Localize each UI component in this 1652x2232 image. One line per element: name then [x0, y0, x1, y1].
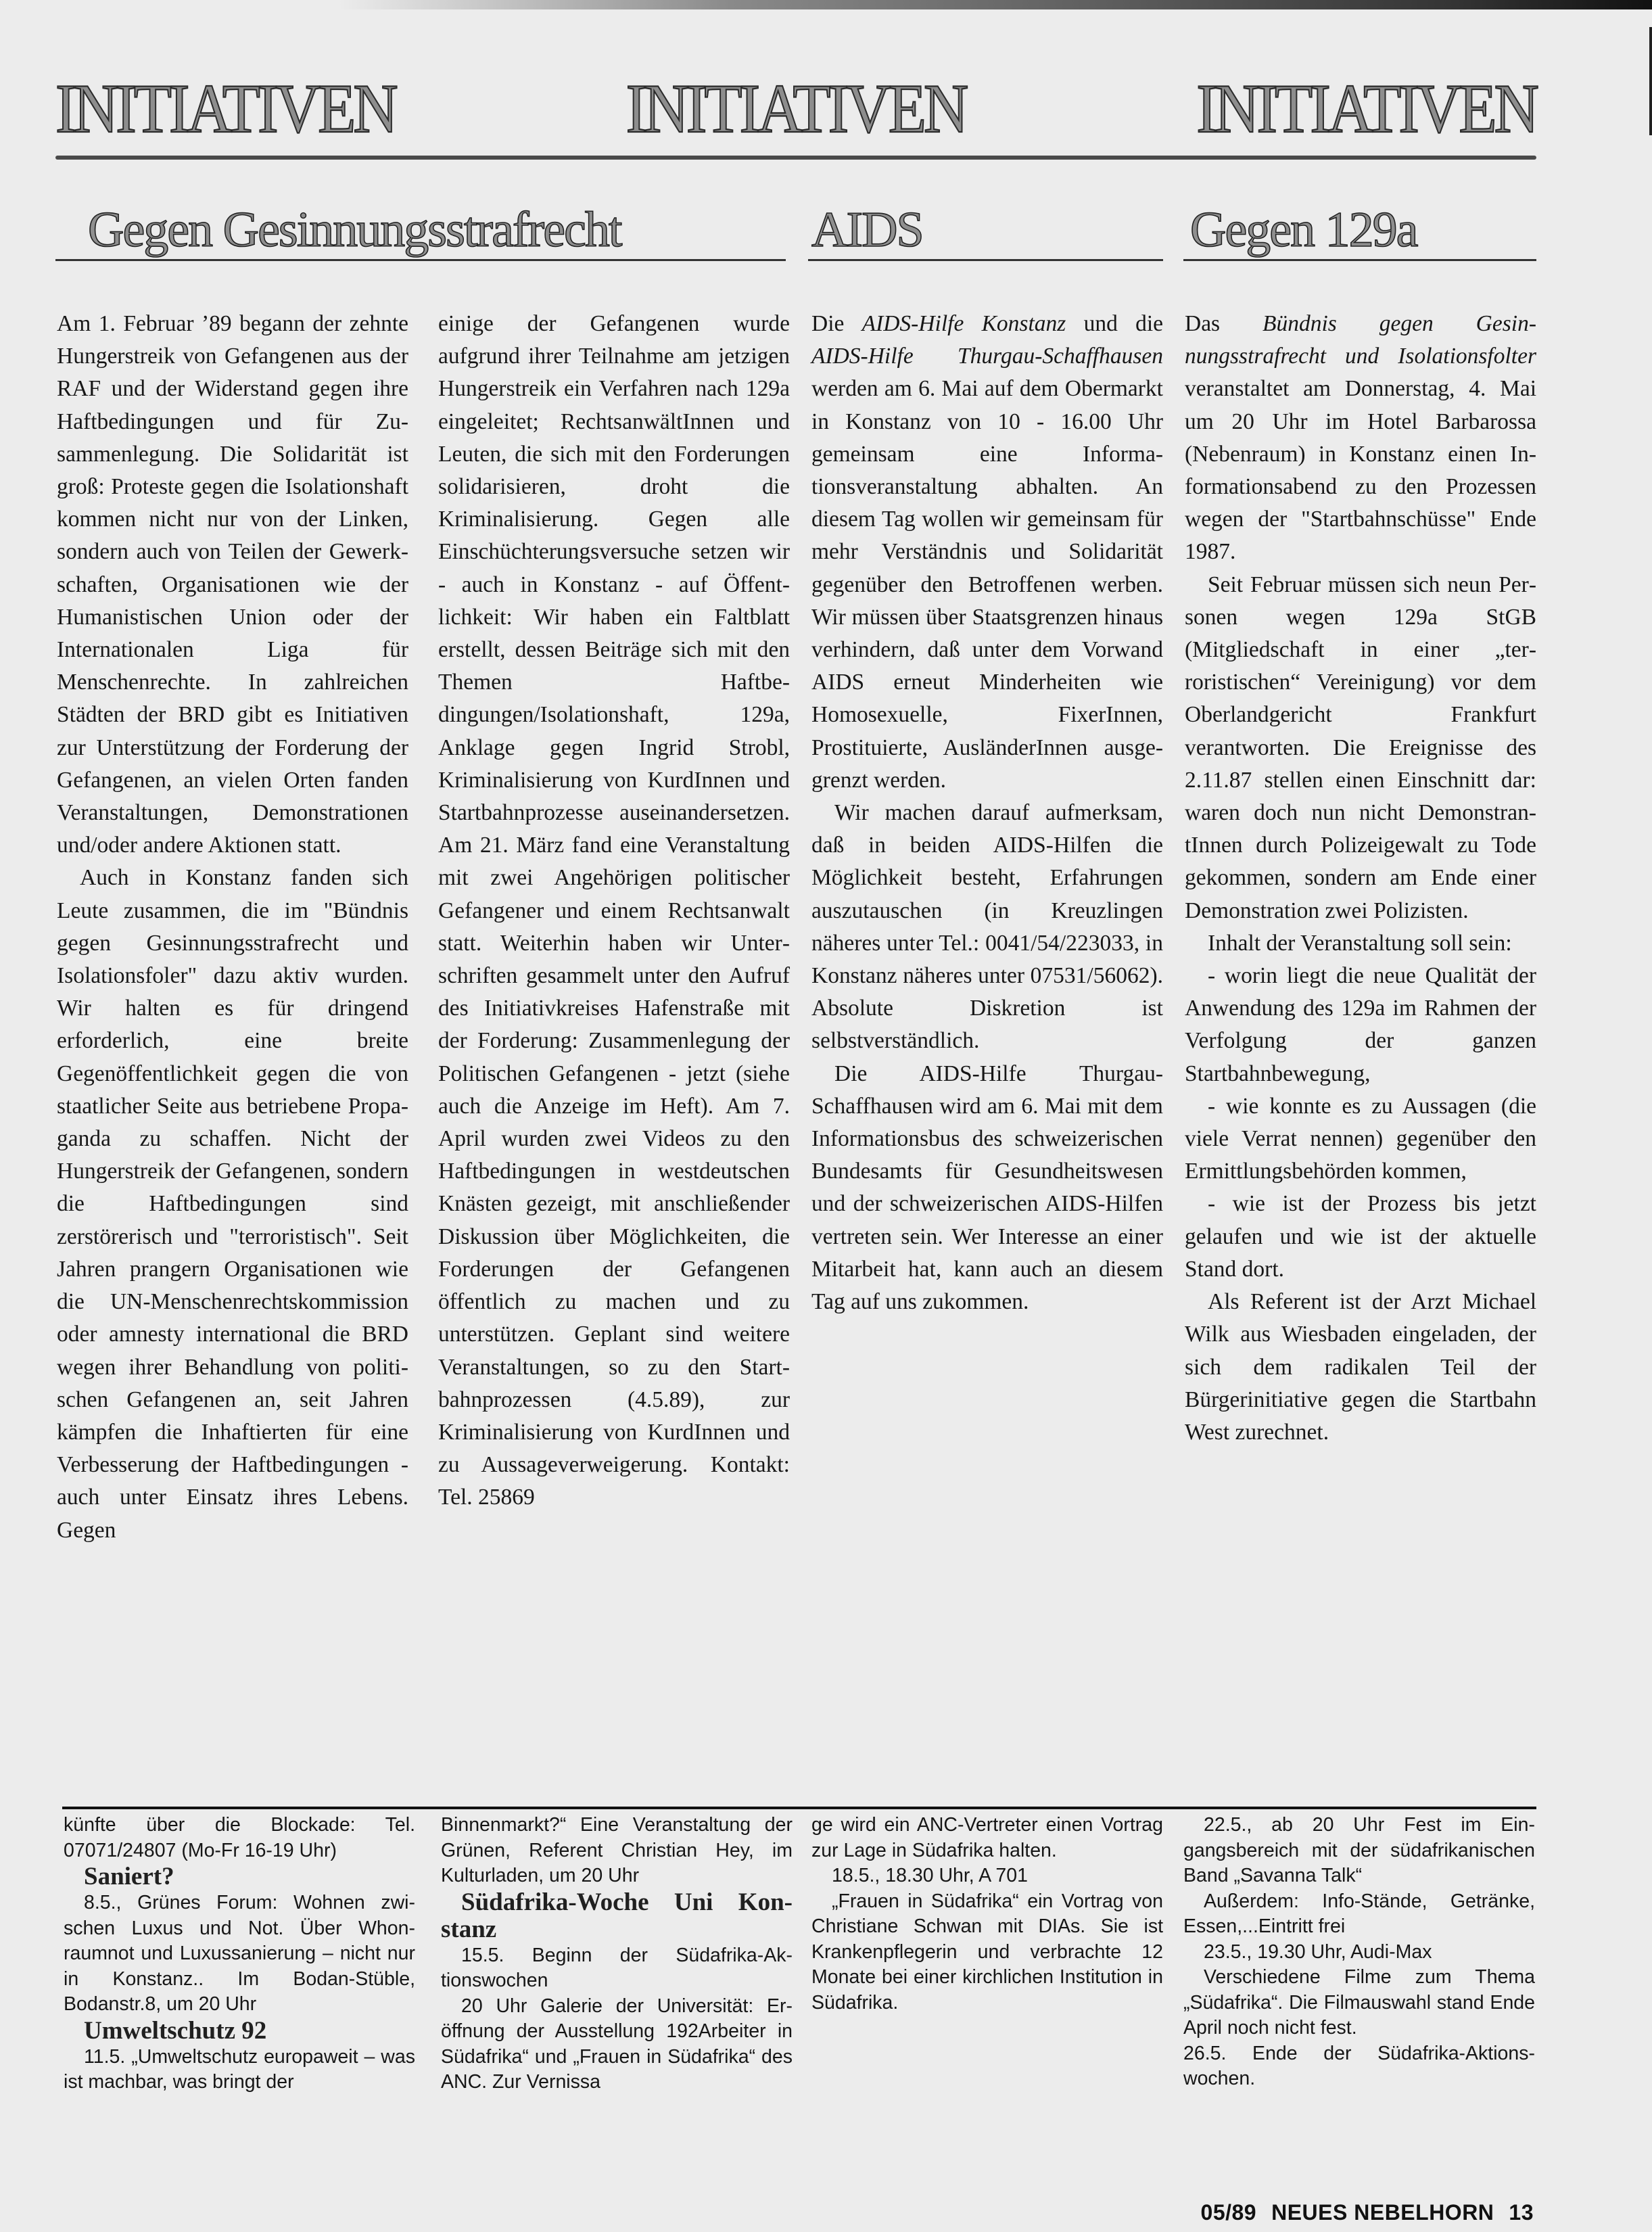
- paragraph: Als Referent ist der Arzt Michael Wilk a…: [1185, 1286, 1536, 1449]
- article-column-aids: Die AIDS-Hilfe Konstanz und die AIDS-Hil…: [811, 308, 1163, 1318]
- text: und die: [1066, 311, 1163, 336]
- event-text: 23.5., 19.30 Uhr, Audi-Max: [1183, 1940, 1535, 1966]
- event-text: künfte über die Blockade: Tel. 07071/248…: [64, 1813, 415, 1863]
- list-item: - wie ist der Prozess bis jetzt gelaufen…: [1185, 1188, 1536, 1286]
- event-text: 26.5. Ende der Südafrika-Aktions­wochen.: [1183, 2041, 1535, 2092]
- org-name: AIDS-Hilfe Konstanz: [862, 311, 1066, 336]
- paragraph: einige der Gefangenen wurde aufgrund ihr…: [438, 308, 790, 1514]
- paragraph: Inhalt der Veranstaltung soll sein:: [1185, 927, 1536, 960]
- text: veranstaltet am Don­nerstag, 4. Mai um 2…: [1185, 376, 1536, 564]
- event-text: 22.5., ab 20 Uhr Fest im Ein­gangsbereic…: [1183, 1813, 1535, 1889]
- paragraph: Auch in Konstanz fanden sich Leute zusam…: [57, 862, 408, 1546]
- article-column-2: einige der Gefangenen wurde aufgrund ihr…: [438, 308, 790, 1514]
- list-item: - worin liegt die neue Quali­tät der Anw…: [1185, 960, 1536, 1090]
- event-text: Binnenmarkt?“ Eine Veranstaltung der Grü…: [441, 1813, 793, 1889]
- text: werden am 6. Mai auf dem Obermarkt in Ko…: [811, 376, 1163, 792]
- paragraph: Die AIDS-Hilfe Thurgau-Schaffhausen wird…: [811, 1058, 1163, 1319]
- paragraph: Am 1. Februar ’89 begann der zehnte Hung…: [57, 308, 408, 862]
- event-text: 15.5. Beginn der Südafrika-Ak­tionswoche…: [441, 1943, 793, 1994]
- list-item: - wie konnte es zu Aussagen (die viele V…: [1185, 1090, 1536, 1188]
- headline-row: Gegen Gesinnungsstrafrecht AIDS Gegen 12…: [0, 196, 1652, 264]
- headline-aids: AIDS: [808, 196, 1163, 261]
- text: Die: [811, 311, 862, 336]
- scan-artifact-edge: [1649, 27, 1652, 135]
- banner-word: INITIATIVEN: [626, 74, 966, 143]
- banner-word: INITIATIVEN: [55, 74, 396, 143]
- events-column-4: 22.5., ab 20 Uhr Fest im Ein­gangsbereic…: [1183, 1813, 1535, 2092]
- section-banner: INITIATIVEN INITIATIVEN INITIATIVEN: [55, 83, 1536, 143]
- event-text: ge wird ein ANC-Vertreter einen Vortrag …: [811, 1813, 1163, 1863]
- page-footer: 05/89 NEUES NEBELHORN 13: [1201, 2200, 1534, 2225]
- headline-text: AIDS: [811, 205, 923, 259]
- event-text: 20 Uhr Galerie der Universität: Er­öffnu…: [441, 1994, 793, 2095]
- magazine-name: NEUES NEBELHORN: [1271, 2200, 1494, 2225]
- paragraph: Wir machen darauf auf­merksam, daß in be…: [811, 797, 1163, 1058]
- events-rule: [62, 1807, 1536, 1809]
- banner-rule: [55, 156, 1536, 160]
- events-column-1: künfte über die Blockade: Tel. 07071/248…: [64, 1813, 415, 2095]
- paragraph: Das Bündnis gegen Gesin­nungsstrafrecht …: [1185, 308, 1536, 569]
- banner-word: INITIATIVEN: [1196, 74, 1536, 143]
- event-text: Verschiedene Filme zum Thema „Südafrika“…: [1183, 1965, 1535, 2041]
- event-text: „Frauen in Südafrika“ ein Vortrag von Ch…: [811, 1889, 1163, 2016]
- events-column-2: Binnenmarkt?“ Eine Veranstaltung der Grü…: [441, 1813, 793, 2095]
- event-heading: Umweltschutz 92: [64, 2018, 415, 2045]
- headline-text: Gegen 129a: [1190, 205, 1417, 259]
- event-heading: Saniert?: [64, 1863, 415, 1890]
- headline-129a: Gegen 129a: [1183, 196, 1536, 261]
- headline-gesinnungsstrafrecht: Gegen Gesinnungsstrafrecht: [55, 196, 786, 261]
- event-text: 8.5., Grünes Forum: Wohnen zwi­schen Lux…: [64, 1890, 415, 2018]
- paragraph: Seit Februar müssen sich neun Per­sonen …: [1185, 569, 1536, 927]
- scan-artifact-top: [338, 0, 1652, 9]
- event-text: 18.5., 18.30 Uhr, A 701: [811, 1863, 1163, 1889]
- page-number: 13: [1509, 2200, 1534, 2225]
- issue-number: 05/89: [1201, 2200, 1257, 2225]
- article-column-129a: Das Bündnis gegen Gesin­nungsstrafrecht …: [1185, 308, 1536, 1449]
- org-name: AIDS-Hilfe Thurgau-Schaffhausen: [811, 344, 1163, 369]
- article-column-1: Am 1. Februar ’89 begann der zehnte Hung…: [57, 308, 408, 1547]
- paragraph: Die AIDS-Hilfe Konstanz und die AIDS-Hil…: [811, 308, 1163, 797]
- headline-text: Gegen Gesinnungsstrafrecht: [88, 205, 621, 259]
- text: Das: [1185, 311, 1262, 336]
- events-column-3: ge wird ein ANC-Vertreter einen Vortrag …: [811, 1813, 1163, 2016]
- event-text: 11.5. „Umweltschutz europaweit – was ist…: [64, 2045, 415, 2095]
- event-text: Außerdem: Info-Stände, Geträn­ke, Essen,…: [1183, 1889, 1535, 1940]
- event-heading: Südafrika-Woche Uni Kon­stanz: [441, 1889, 793, 1943]
